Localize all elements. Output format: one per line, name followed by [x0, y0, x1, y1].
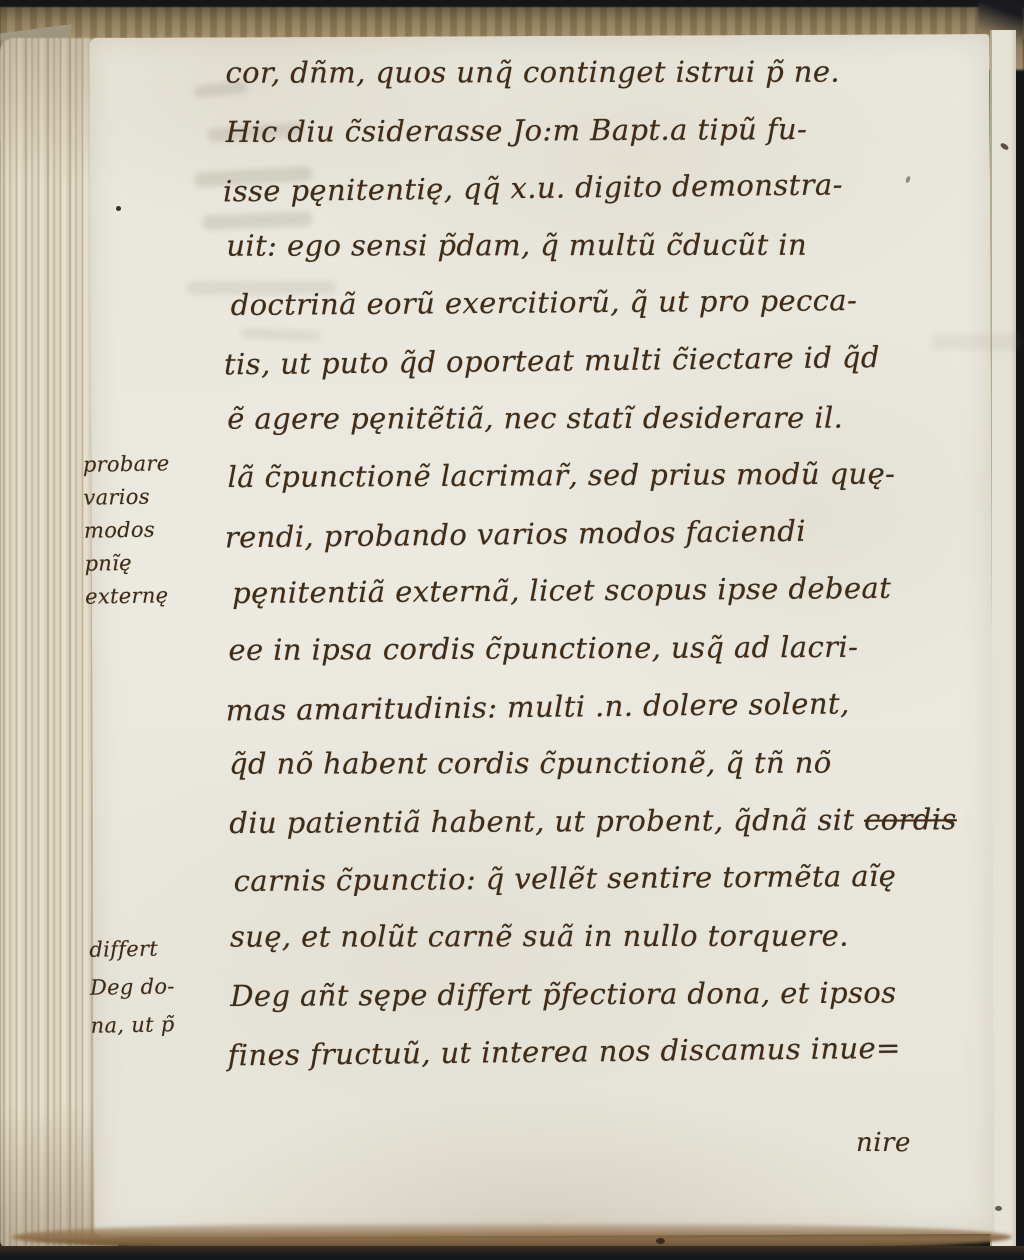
manuscript-photo: cor, dñm, quos unq̃ continget istrui p̃ …	[0, 0, 1024, 1260]
text-line: uit: ego sensi p̃dam, q̃ multũ c̃ducũt i…	[226, 216, 998, 275]
text-line: q̃d nõ habent cordis c̃punctionẽ, q̃ tñ …	[229, 734, 1001, 793]
ink-speck	[656, 1238, 665, 1244]
text-line: pęnitentiã externã, licet scopus ipse de…	[232, 559, 1004, 623]
margin-note-2: differt Deg do- na, ut p̃	[89, 929, 176, 1044]
text-line-with-strikethrough: diu patientiã habent, ut probent, q̃dnã …	[229, 791, 1001, 853]
text-line: mas amaritudinis: multi .n. dolere solen…	[225, 673, 998, 739]
struck-out-word: cordis	[864, 802, 957, 836]
text-line: tis, ut puto q̃d oporteat multi c̃iectar…	[224, 328, 997, 394]
margin-note-line: probare	[83, 447, 170, 482]
text-line: lã c̃punctionẽ lacrimar̃, sed prius modũ…	[227, 445, 999, 507]
text-line: isse pęnitentię, qq̃ x.u. digito demonst…	[223, 155, 996, 221]
text-line: cor, dñm, quos unq̃ continget istrui p̃ …	[225, 43, 997, 102]
text-line: ẽ agere pęnitẽtiã, nec statĩ desiderare …	[227, 389, 999, 448]
margin-note-line: Deg do-	[90, 967, 175, 1006]
margin-note-line: varios	[83, 480, 170, 515]
text-line: ee in ipsa cordis c̃punctione, usq̃ ad l…	[228, 618, 1000, 680]
text-line-part: diu patientiã habent, ut probent, q̃dnã …	[229, 802, 854, 839]
margin-note-line: pnĩę	[84, 546, 171, 581]
margin-note-line: na, ut p̃	[90, 1005, 175, 1044]
text-line: suę, et nolũt carnẽ suã in nullo torquer…	[230, 907, 1002, 966]
text-line: Deg añt sępe differt p̃fectiora dona, et…	[230, 963, 1002, 1025]
margin-note-line: differt	[89, 929, 174, 968]
main-text-block: cor, dñm, quos unq̃ continget istrui p̃ …	[225, 42, 1002, 1083]
text-line: doctrinã eorũ exercitiorũ, q̃ ut pro pec…	[230, 271, 1002, 335]
text-line: rendi, probando varios modos faciendi	[225, 500, 998, 566]
text-line: fines fructuũ, ut interea nos discamus i…	[227, 1019, 1000, 1085]
ink-speck	[116, 206, 121, 211]
margin-note-line: modos	[84, 513, 171, 548]
catchword: nire	[856, 1128, 911, 1158]
text-line: carnis c̃punctio: q̃ vellẽt sentire torm…	[233, 847, 1005, 911]
text-line: Hic diu c̃siderasse Jo:m Bapt.a tipũ fu-	[226, 100, 998, 162]
ink-speck	[995, 1206, 1002, 1211]
margin-note-line: externę	[85, 579, 172, 614]
backdrop-bottom	[0, 1246, 1024, 1260]
margin-note-1: probare varios modos pnĩę externę	[83, 447, 173, 613]
